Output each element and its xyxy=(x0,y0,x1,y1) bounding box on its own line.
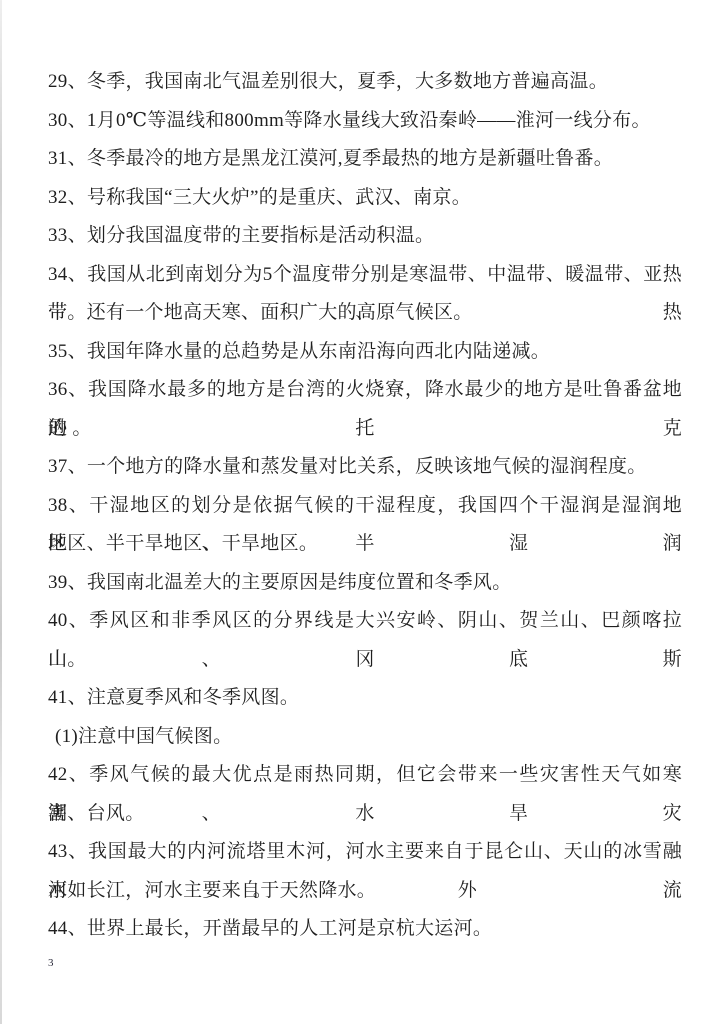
notes-text-block: 29、冬季，我国南北气温差别很大，夏季，大多数地方普遍高温。 30、1月0℃等温… xyxy=(48,63,682,949)
page-edge-shadow xyxy=(0,0,2,1024)
doc-line: 35、我国年降水量的总趋势是从东南沿海向西北内陆递减。 xyxy=(48,333,682,372)
doc-line: 29、冬季，我国南北气温差别很大，夏季，大多数地方普遍高温。 xyxy=(48,63,682,102)
doc-line: 39、我国南北温差大的主要原因是纬度位置和冬季风。 xyxy=(48,564,682,603)
page-number: 3 xyxy=(48,956,54,970)
doc-line: 31、冬季最冷的地方是黑龙江漠河,夏季最热的地方是新疆吐鲁番。 xyxy=(48,140,682,179)
doc-line: 41、注意夏季风和冬季风图。 xyxy=(48,679,682,718)
doc-line: 37、一个地方的降水量和蒸发量对比关系，反映该地气候的湿润程度。 xyxy=(48,448,682,487)
doc-subitem-line: (1)注意中国气候图。 xyxy=(48,718,682,757)
doc-line: 30、1月0℃等温线和800mm等降水量线大致沿秦岭——淮河一线分布。 xyxy=(48,102,682,141)
document-page: 29、冬季，我国南北气温差别很大，夏季，大多数地方普遍高温。 30、1月0℃等温… xyxy=(0,0,728,1024)
doc-line: 36、我国降水最多的地方是台湾的火烧寮，降水最少的地方是吐鲁番盆地的托克 xyxy=(48,371,682,410)
doc-line: 40、季风区和非季风区的分界线是大兴安岭、阴山、贺兰山、巴颜喀拉山、冈底斯 xyxy=(48,602,682,641)
doc-line: 34、我国从北到南划分为5个温度带分别是寒温带、中温带、暖温带、亚热带、热 xyxy=(48,256,682,295)
doc-line: 42、季风气候的最大优点是雨热同期，但它会带来一些灾害性天气如寒潮、水旱灾 xyxy=(48,756,682,795)
doc-line: 38、干湿地区的划分是依据气候的干湿程度，我国四个干湿润是湿润地区、半湿润 xyxy=(48,487,682,526)
doc-line: 44、世界上最长，开凿最早的人工河是京杭大运河。 xyxy=(48,910,682,949)
doc-line: 43、我国最大的内河流塔里木河，河水主要来自于昆仑山、天山的冰雪融水。外流 xyxy=(48,833,682,872)
doc-line: 33、划分我国温度带的主要指标是活动积温。 xyxy=(48,217,682,256)
doc-line: 32、号称我国“三大火炉”的是重庆、武汉、南京。 xyxy=(48,179,682,218)
